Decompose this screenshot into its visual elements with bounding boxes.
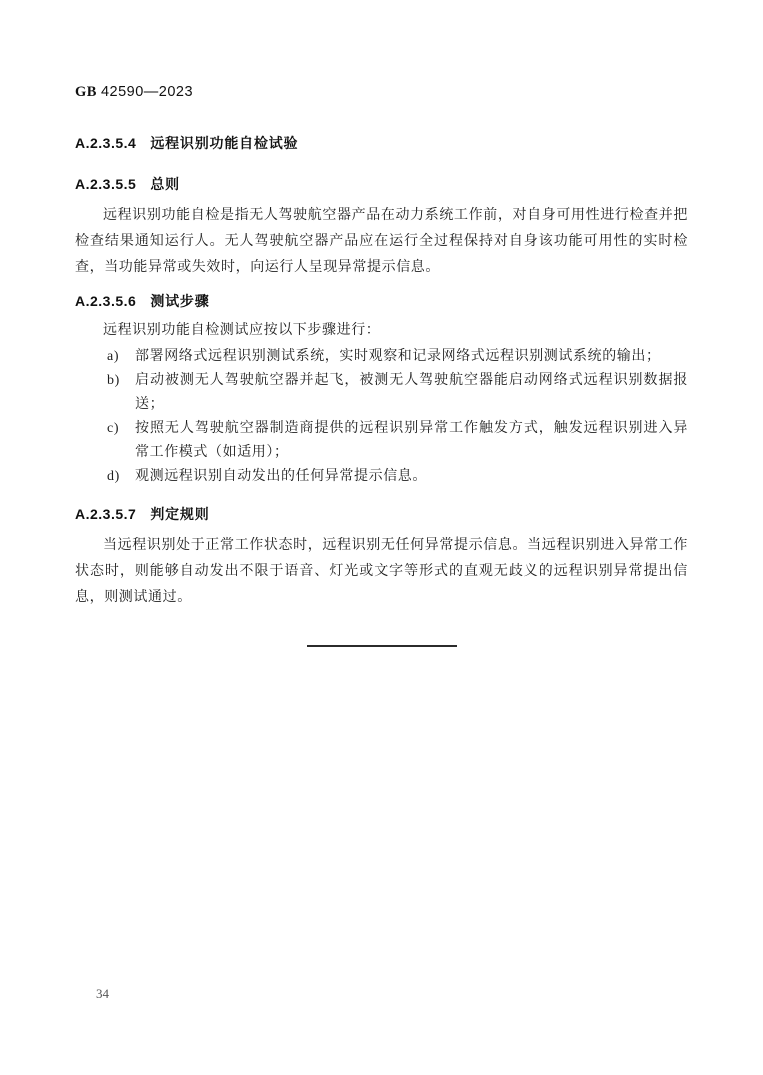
section-heading-a2356: A.2.3.5.6 测试步骤 xyxy=(75,291,688,311)
page-number: 34 xyxy=(96,986,109,1002)
list-item-text: 按照无人驾驶航空器制造商提供的远程识别异常工作触发方式，触发远程识别进入异常工作… xyxy=(135,417,688,465)
list-item: a) 部署网络式远程识别测试系统，实时观察和记录网络式远程识别测试系统的输出； xyxy=(75,345,688,369)
general-rules-paragraph: 远程识别功能自检是指无人驾驶航空器产品在动力系统工作前，对自身可用性进行检查并把… xyxy=(75,203,688,281)
list-item: b) 启动被测无人驾驶航空器并起飞，被测无人驾驶航空器能启动网络式远程识别数据报… xyxy=(75,369,688,417)
list-item-text: 启动被测无人驾驶航空器并起飞，被测无人驾驶航空器能启动网络式远程识别数据报送； xyxy=(135,369,688,417)
list-item-text: 部署网络式远程识别测试系统，实时观察和记录网络式远程识别测试系统的输出； xyxy=(135,345,688,369)
standard-number: 42590—2023 xyxy=(101,84,193,100)
judgment-rules-paragraph: 当远程识别处于正常工作状态时，远程识别无任何异常提示信息。当远程识别进入异常工作… xyxy=(75,533,688,611)
list-item-text: 观测远程识别自动发出的任何异常提示信息。 xyxy=(135,465,688,489)
section-title: 远程识别功能自检试验 xyxy=(150,133,298,153)
section-number: A.2.3.5.6 xyxy=(75,293,136,309)
section-heading-a2357: A.2.3.5.7 判定规则 xyxy=(75,504,688,524)
list-item-label: b) xyxy=(107,369,135,417)
section-number: A.2.3.5.5 xyxy=(75,176,136,192)
test-steps-list: a) 部署网络式远程识别测试系统，实时观察和记录网络式远程识别测试系统的输出； … xyxy=(75,345,688,489)
end-of-text-rule xyxy=(307,645,457,647)
list-item-label: a) xyxy=(107,345,135,369)
test-steps-intro: 远程识别功能自检测试应按以下步骤进行： xyxy=(75,318,688,343)
section-heading-a2355: A.2.3.5.5 总则 xyxy=(75,174,688,194)
document-page: GB42590—2023 A.2.3.5.4 远程识别功能自检试验 A.2.3.… xyxy=(0,0,763,1075)
section-title: 总则 xyxy=(150,174,180,194)
list-item: c) 按照无人驾驶航空器制造商提供的远程识别异常工作触发方式，触发远程识别进入异… xyxy=(75,417,688,465)
list-item-label: c) xyxy=(107,417,135,465)
section-number: A.2.3.5.4 xyxy=(75,135,136,151)
section-title: 判定规则 xyxy=(150,504,209,524)
section-number: A.2.3.5.7 xyxy=(75,506,136,522)
list-item: d) 观测远程识别自动发出的任何异常提示信息。 xyxy=(75,465,688,489)
standard-code: GB xyxy=(75,84,97,100)
section-title: 测试步骤 xyxy=(150,291,209,311)
list-item-label: d) xyxy=(107,465,135,489)
standard-header: GB42590—2023 xyxy=(75,84,688,101)
section-heading-a2354: A.2.3.5.4 远程识别功能自检试验 xyxy=(75,133,688,153)
document-content: GB42590—2023 A.2.3.5.4 远程识别功能自检试验 A.2.3.… xyxy=(0,0,763,647)
